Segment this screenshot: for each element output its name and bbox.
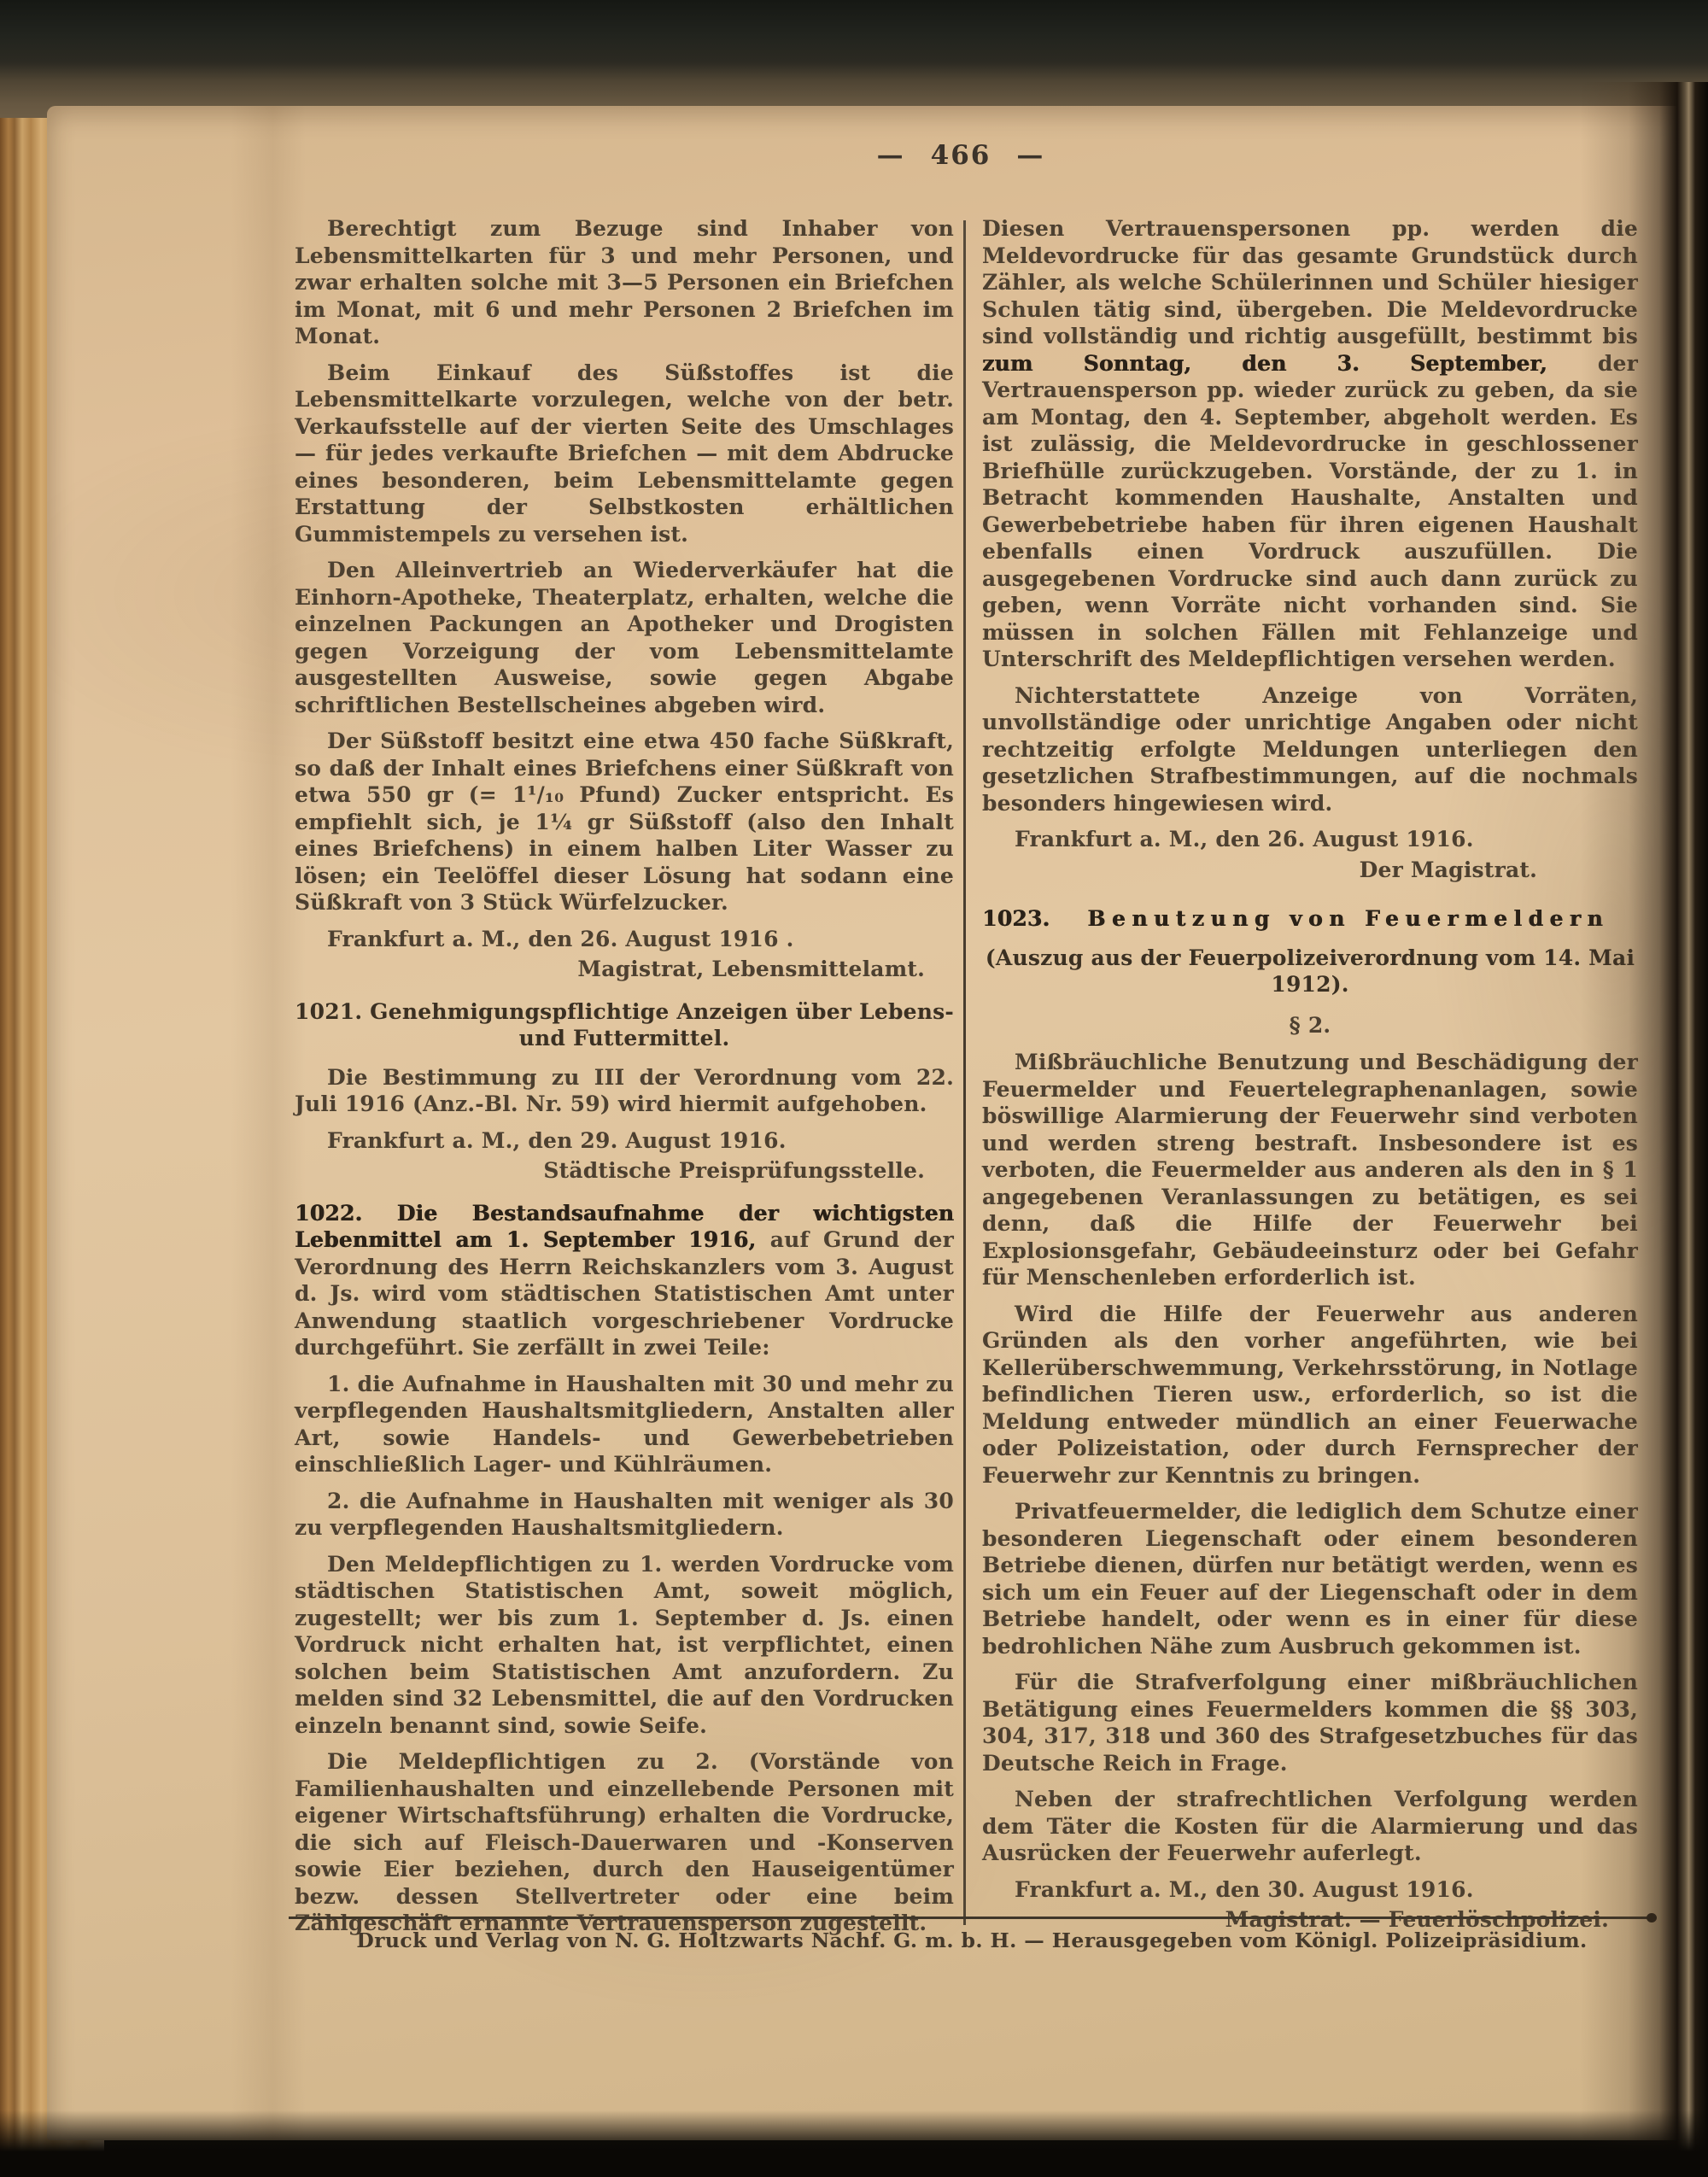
paragraph-bestimmung-aufgehoben: Die Bestimmung zu III der Verordnung vom… <box>295 1064 954 1118</box>
dateline: Frankfurt a. M., den 30. August 1916. <box>982 1876 1638 1904</box>
dateline: Frankfurt a. M., den 26. August 1916 . <box>295 926 954 953</box>
paragraph-meldepflichtige-zu-1: Den Meldepflichtigen zu 1. werden Vordru… <box>295 1551 954 1740</box>
page-number-value: 466 <box>931 140 991 171</box>
paragraph-hilfe-andere-gruende: Wird die Hilfe der Feuerwehr aus anderen… <box>982 1301 1638 1489</box>
scanned-book-page: —466— Berechtigt zum Bezuge sind Inhaber… <box>0 0 1708 2177</box>
signature-magistrat: Der Magistrat. <box>982 857 1638 884</box>
left-column: Berechtigt zum Bezuge sind Inhaber von L… <box>295 215 954 1946</box>
imprint-footer: Druck und Verlag von N. G. Holtzwarts Na… <box>290 1928 1653 1952</box>
list-item-1: 1. die Aufnahme in Haushalten mit 30 und… <box>295 1371 954 1478</box>
column-divider-rule <box>963 220 966 1925</box>
paragraph-privatfeuermelder: Privatfeuermelder, die lediglich dem Sch… <box>982 1498 1638 1659</box>
page-number-dash: — <box>877 140 905 171</box>
dateline: Frankfurt a. M., den 26. August 1916. <box>982 826 1638 853</box>
paragraph-nichterstattete-anzeige: Nichterstattete Anzeige von Vorräten, un… <box>982 682 1638 817</box>
paragraph-missbraeuchliche-benutzung: Mißbräuchliche Benutzung und Beschädigun… <box>982 1049 1638 1291</box>
paragraph-suesskraft: Der Süßstoff besitzt eine etwa 450 fache… <box>295 728 954 916</box>
paragraph-1022-bestandsaufnahme: 1022. Die Bestandsaufnahme der wichtigst… <box>295 1200 954 1361</box>
paragraph-strafverfolgung: Für die Strafverfolgung einer mißbräuchl… <box>982 1669 1638 1776</box>
page-number: —466— <box>290 140 1631 171</box>
footer-rule <box>289 1917 1655 1919</box>
list-item-2: 2. die Aufnahme in Haushalten mit wenige… <box>295 1488 954 1542</box>
paragraph-alleinvertrieb: Den Alleinvertrieb an Wiederverkäufer ha… <box>295 557 954 718</box>
paragraph-bezugsberechtigung: Berechtigt zum Bezuge sind Inhaber von L… <box>295 215 954 350</box>
page-number-dash: — <box>1016 140 1044 171</box>
right-column: Diesen Vertrauenspersonen pp. werden die… <box>982 215 1638 1949</box>
paragraph-kosten: Neben der strafrechtlichen Verfolgung we… <box>982 1786 1638 1867</box>
signature-lebensmittelamt: Magistrat, Lebensmittelamt. <box>295 956 954 983</box>
paragraph-vertrauenspersonen: Diesen Vertrauenspersonen pp. werden die… <box>982 215 1638 673</box>
dateline: Frankfurt a. M., den 29. August 1916. <box>295 1127 954 1155</box>
signature-preispruefungsstelle: Städtische Preisprüfungsstelle. <box>295 1157 954 1185</box>
subheading-feuerpolizeiverordnung: (Auszug aus der Feuerpolizeiverordnung v… <box>982 945 1638 998</box>
paragraph-einkauf-suessstoff: Beim Einkauf des Süßstoffes ist die Lebe… <box>295 360 954 548</box>
heading-1021: 1021. Genehmigungspflichtige Anzeigen üb… <box>295 998 954 1052</box>
paragraph-meldepflichtige-zu-2: Die Meldepflichtigen zu 2. (Vorstände vo… <box>295 1748 954 1937</box>
heading-1023: 1023.Benutzung von Feuermeldern <box>982 905 1638 933</box>
paragraph-mark: § 2. <box>982 1012 1638 1039</box>
